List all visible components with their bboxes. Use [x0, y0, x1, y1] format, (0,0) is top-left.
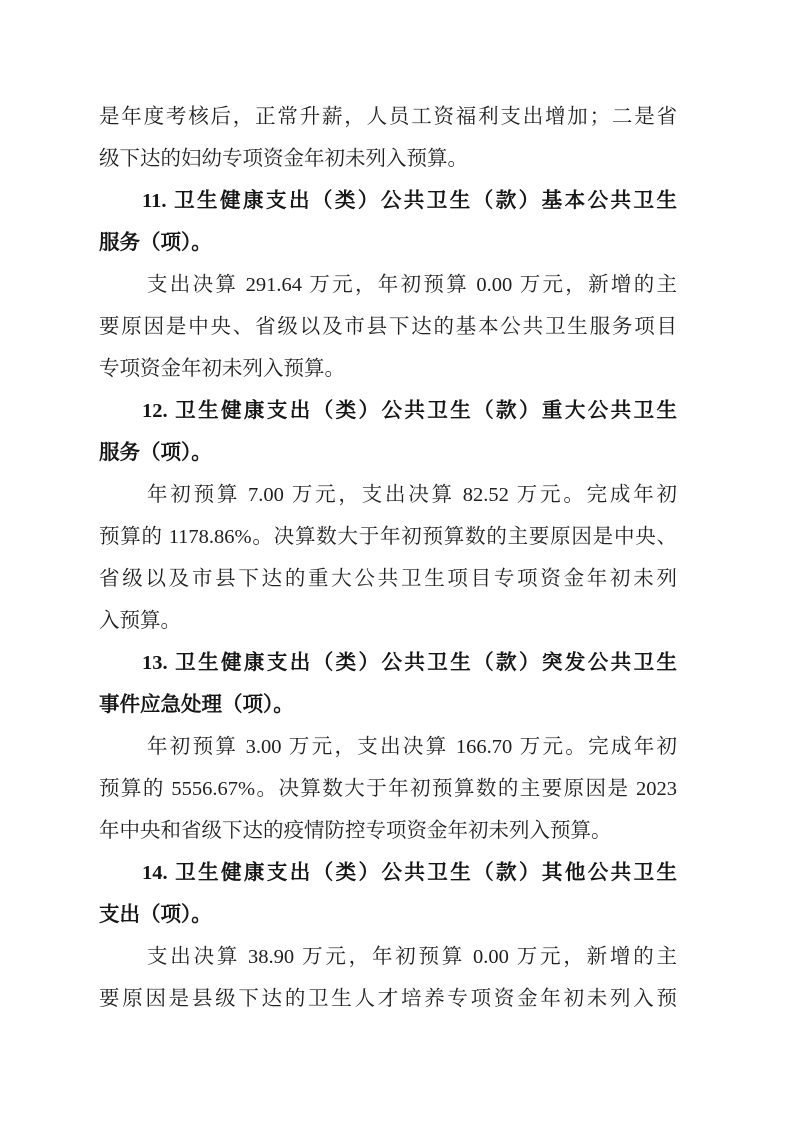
body-line: 是年度考核后，正常升薪，人员工资福利支出增加；二是省 — [99, 96, 677, 138]
body-line: 预算的 5556.67%。决算数大于年初预算数的主要原因是 2023 — [99, 768, 677, 810]
body-line: 入预算。 — [99, 600, 677, 642]
body-line: 年初预算 3.00 万元，支出决算 166.70 万元。完成年初 — [99, 726, 677, 768]
section-heading-line: 事件应急处理（项）。 — [99, 684, 677, 726]
section-heading-line: 12. 卫生健康支出（类）公共卫生（款）重大公共卫生 — [99, 390, 677, 432]
section-heading-line: 服务（项）。 — [99, 222, 677, 264]
section-heading-line: 13. 卫生健康支出（类）公共卫生（款）突发公共卫生 — [99, 642, 677, 684]
body-line: 专项资金年初未列入预算。 — [99, 348, 677, 390]
section-heading-line: 服务（项）。 — [99, 432, 677, 474]
body-line: 年中央和省级下达的疫情防控专项资金年初未列入预算。 — [99, 810, 677, 852]
body-line: 年初预算 7.00 万元，支出决算 82.52 万元。完成年初 — [99, 474, 677, 516]
document-page: 是年度考核后，正常升薪，人员工资福利支出增加；二是省 级下达的妇幼专项资金年初未… — [0, 0, 792, 1121]
document-text-block: 是年度考核后，正常升薪，人员工资福利支出增加；二是省 级下达的妇幼专项资金年初未… — [99, 96, 677, 1020]
body-line: 支出决算 291.64 万元，年初预算 0.00 万元，新增的主 — [99, 264, 677, 306]
body-line: 预算的 1178.86%。决算数大于年初预算数的主要原因是中央、 — [99, 516, 677, 558]
body-line: 级下达的妇幼专项资金年初未列入预算。 — [99, 138, 677, 180]
body-line: 省级以及市县下达的重大公共卫生项目专项资金年初未列 — [99, 558, 677, 600]
body-line: 要原因是中央、省级以及市县下达的基本公共卫生服务项目 — [99, 306, 677, 348]
section-heading-line: 14. 卫生健康支出（类）公共卫生（款）其他公共卫生 — [99, 852, 677, 894]
section-heading-line: 11. 卫生健康支出（类）公共卫生（款）基本公共卫生 — [99, 180, 677, 222]
body-line: 支出决算 38.90 万元，年初预算 0.00 万元，新增的主 — [99, 936, 677, 978]
section-heading-line: 支出（项）。 — [99, 894, 677, 936]
body-line: 要原因是县级下达的卫生人才培养专项资金年初未列入预 — [99, 978, 677, 1020]
